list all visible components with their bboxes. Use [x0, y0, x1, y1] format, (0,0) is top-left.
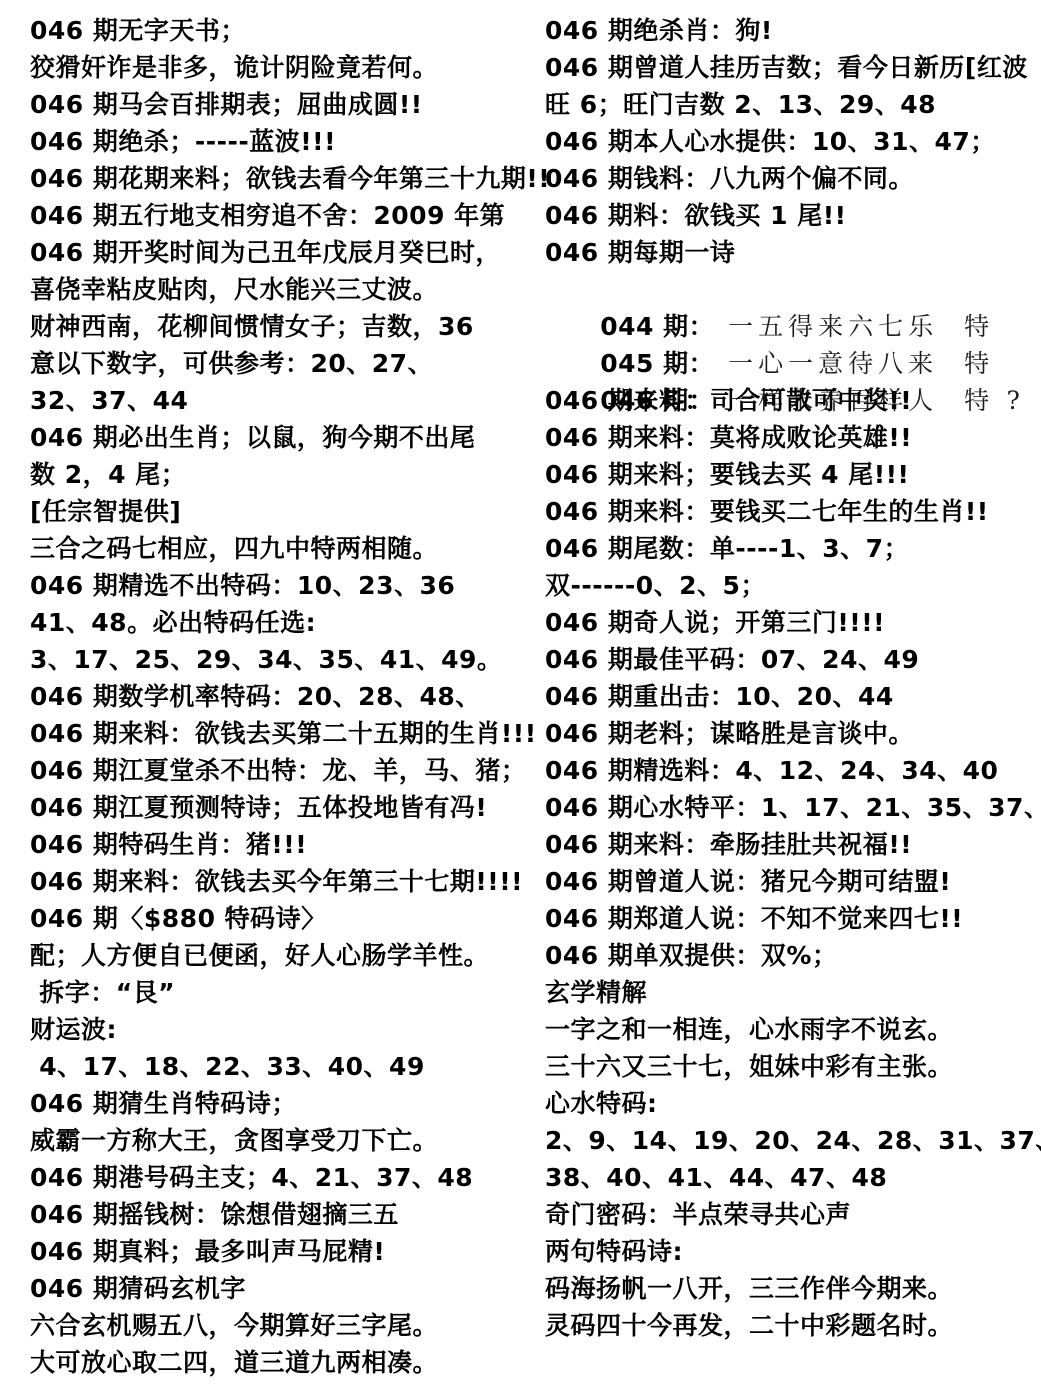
text-line: 046 期特码生肖：猪!!! — [30, 826, 535, 863]
number-list-line: 4、17、18、22、33、40、49 — [30, 1048, 535, 1085]
text-line: 046 期五行地支相穷追不舍：2009 年第 — [30, 197, 535, 234]
text-line: 046 期港号码主支；4、21、37、48 — [30, 1159, 535, 1196]
text-line: 046 期料：欲钱买 1 尾!! — [545, 197, 1037, 234]
text-line: 046 期来料：欲钱去买今年第三十七期!!!! — [30, 863, 535, 900]
number-list-line: 3、17、25、29、34、35、41、49。 — [30, 641, 535, 678]
poem-special-mark: 特 — [964, 312, 990, 341]
text-line: 046 期曾道人说：猪兄今期可结盟! — [545, 863, 1037, 900]
text-line: 41、48。必出特码任选: — [30, 604, 535, 641]
text-line: 046 期来料；要钱去买 4 尾!!! — [545, 456, 1037, 493]
text-line: 046 期单双提供：双%； — [545, 937, 1037, 974]
text-line: 046 期无字天书； — [30, 12, 535, 49]
number-list-line: 2、9、14、19、20、24、28、31、37、 — [545, 1122, 1037, 1159]
section-heading: 心水特码: — [545, 1085, 1037, 1122]
poem-section-heading: 046 期每期一诗 — [545, 234, 1037, 271]
text-line: 046 期开奖时间为己丑年戊辰月癸巳时， — [30, 234, 535, 271]
text-line: 意以下数字，可供参考：20、27、 — [30, 345, 535, 382]
text-line: 046 期〈$880 特码诗〉 — [30, 900, 535, 937]
lottery-tips-page: 046 期无字天书； 狡猾奸诈是非多，诡计阴险竟若何。 046 期马会百排期表；… — [0, 0, 1041, 1388]
poem-row-044: 044 期：一五得来六七乐特 — [545, 271, 1037, 308]
text-line: 046 期江夏堂杀不出特：龙、羊，马、猪； — [30, 752, 535, 789]
provider-credit-line: [任宗智提供] — [30, 493, 535, 530]
text-line: 奇门密码：半点荣寻共心声 — [545, 1196, 1037, 1233]
text-line: 喜侥幸粘皮贴肉，尺水能兴三丈波。 — [30, 271, 535, 308]
poem-issue-label: 045 期： — [600, 349, 714, 378]
text-line: 旺 6；旺门吉数 2、13、29、48 — [545, 86, 1037, 123]
text-line: 灵码四十今再发，二十中彩题名时。 — [545, 1307, 1037, 1344]
text-line: 拆字：“艮” — [30, 974, 535, 1011]
text-line: 六合玄机赐五八，今期算好三字尾。 — [30, 1307, 535, 1344]
text-line: 046 期绝杀；-----蓝波!!! — [30, 123, 535, 160]
text-line: 046 期江夏预测特诗；五体投地皆有冯! — [30, 789, 535, 826]
poem-special-mark: 特 ? — [964, 386, 1020, 415]
text-line: 046 期摇钱树：馀想借翅摘三五 — [30, 1196, 535, 1233]
text-line: 046 期绝杀肖：狗! — [545, 12, 1037, 49]
text-line: 双------0、2、5； — [545, 567, 1037, 604]
number-list-line: 38、40、41、44、47、48 — [545, 1159, 1037, 1196]
section-heading: 两句特码诗: — [545, 1233, 1037, 1270]
text-line: 046 期猜码玄机字 — [30, 1270, 535, 1307]
poem-issue-label: 044 期： — [600, 312, 714, 341]
text-line: 046 期尾数：单----1、3、7； — [545, 530, 1037, 567]
text-line: 046 期真料；最多叫声马屁精! — [30, 1233, 535, 1270]
text-line: 数 2，4 尾； — [30, 456, 535, 493]
left-column: 046 期无字天书； 狡猾奸诈是非多，诡计阴险竟若何。 046 期马会百排期表；… — [30, 12, 535, 1381]
text-line: 046 期来料：欲钱去买第二十五期的生肖!!! — [30, 715, 535, 752]
text-line: 威霸一方称大王，贪图享受刀下亡。 — [30, 1122, 535, 1159]
poem-verse: 一心一意待八来 — [728, 349, 938, 378]
text-line: 三十六又三十七，姐妹中彩有主张。 — [545, 1048, 1037, 1085]
text-line: 046 期精选不出特码：10、23、36 — [30, 567, 535, 604]
text-line: 046 期最佳平码：07、24、49 — [545, 641, 1037, 678]
text-line: 狡猾奸诈是非多，诡计阴险竟若何。 — [30, 49, 535, 86]
right-column: 046 期绝杀肖：狗! 046 期曾道人挂历吉数；看今日新历[红波 旺 6；旺门… — [545, 12, 1037, 1344]
poem-special-mark: 特 — [964, 349, 990, 378]
text-line: 046 期本人心水提供：10、31、47； — [545, 123, 1037, 160]
text-line: 一字之和一相连，心水雨字不说玄。 — [545, 1011, 1037, 1048]
text-line: 32、37、44 — [30, 382, 535, 419]
text-line: 046 期数学机率特码：20、28、48、 — [30, 678, 535, 715]
text-line: 046 期来料：要钱买二七年生的生肖!! — [545, 493, 1037, 530]
text-line: 046 期必出生肖；以鼠，狗今期不出尾 — [30, 419, 535, 456]
text-line: 财神西南，花柳间惯情女子；吉数，36 — [30, 308, 535, 345]
text-line: 046 期老料；谋略胜是言谈中。 — [545, 715, 1037, 752]
text-line: 046 期来料：牵肠挂肚共祝福!! — [545, 826, 1037, 863]
text-line: 三合之码七相应，四九中特两相随。 — [30, 530, 535, 567]
text-line: 046 期重出击：10、20、44 — [545, 678, 1037, 715]
text-line: 046 期马会百排期表；屈曲成圆!! — [30, 86, 535, 123]
text-line: 046 期来料：莫将成败论英雄!! — [545, 419, 1037, 456]
section-heading: 玄学精解 — [545, 974, 1037, 1011]
text-line: 046 期精选料：4、12、24、34、40 — [545, 752, 1037, 789]
text-line: 046 期曾道人挂历吉数；看今日新历[红波 — [545, 49, 1037, 86]
text-line: 046 期钱料：八九两个偏不同。 — [545, 160, 1037, 197]
text-line: 046 期奇人说；开第三门!!!! — [545, 604, 1037, 641]
poem-verse: 一五得来六七乐 — [728, 312, 938, 341]
text-line: 046 期心水特平：1、17、21、35、37、46。 — [545, 789, 1037, 826]
text-line: 配；人方便自已便函，好人心肠学羊性。 — [30, 937, 535, 974]
text-line: 大可放心取二四，道三道九两相凑。 — [30, 1344, 535, 1381]
text-line: 046 期郑道人说：不知不觉来四七!! — [545, 900, 1037, 937]
text-line: 046 期花期来料；欲钱去看今年第三十九期!! — [30, 160, 535, 197]
text-line: 046 期猜生肖特码诗； — [30, 1085, 535, 1122]
text-line: 码海扬帆一八开，三三作伴今期来。 — [545, 1270, 1037, 1307]
text-line: 财运波: — [30, 1011, 535, 1048]
